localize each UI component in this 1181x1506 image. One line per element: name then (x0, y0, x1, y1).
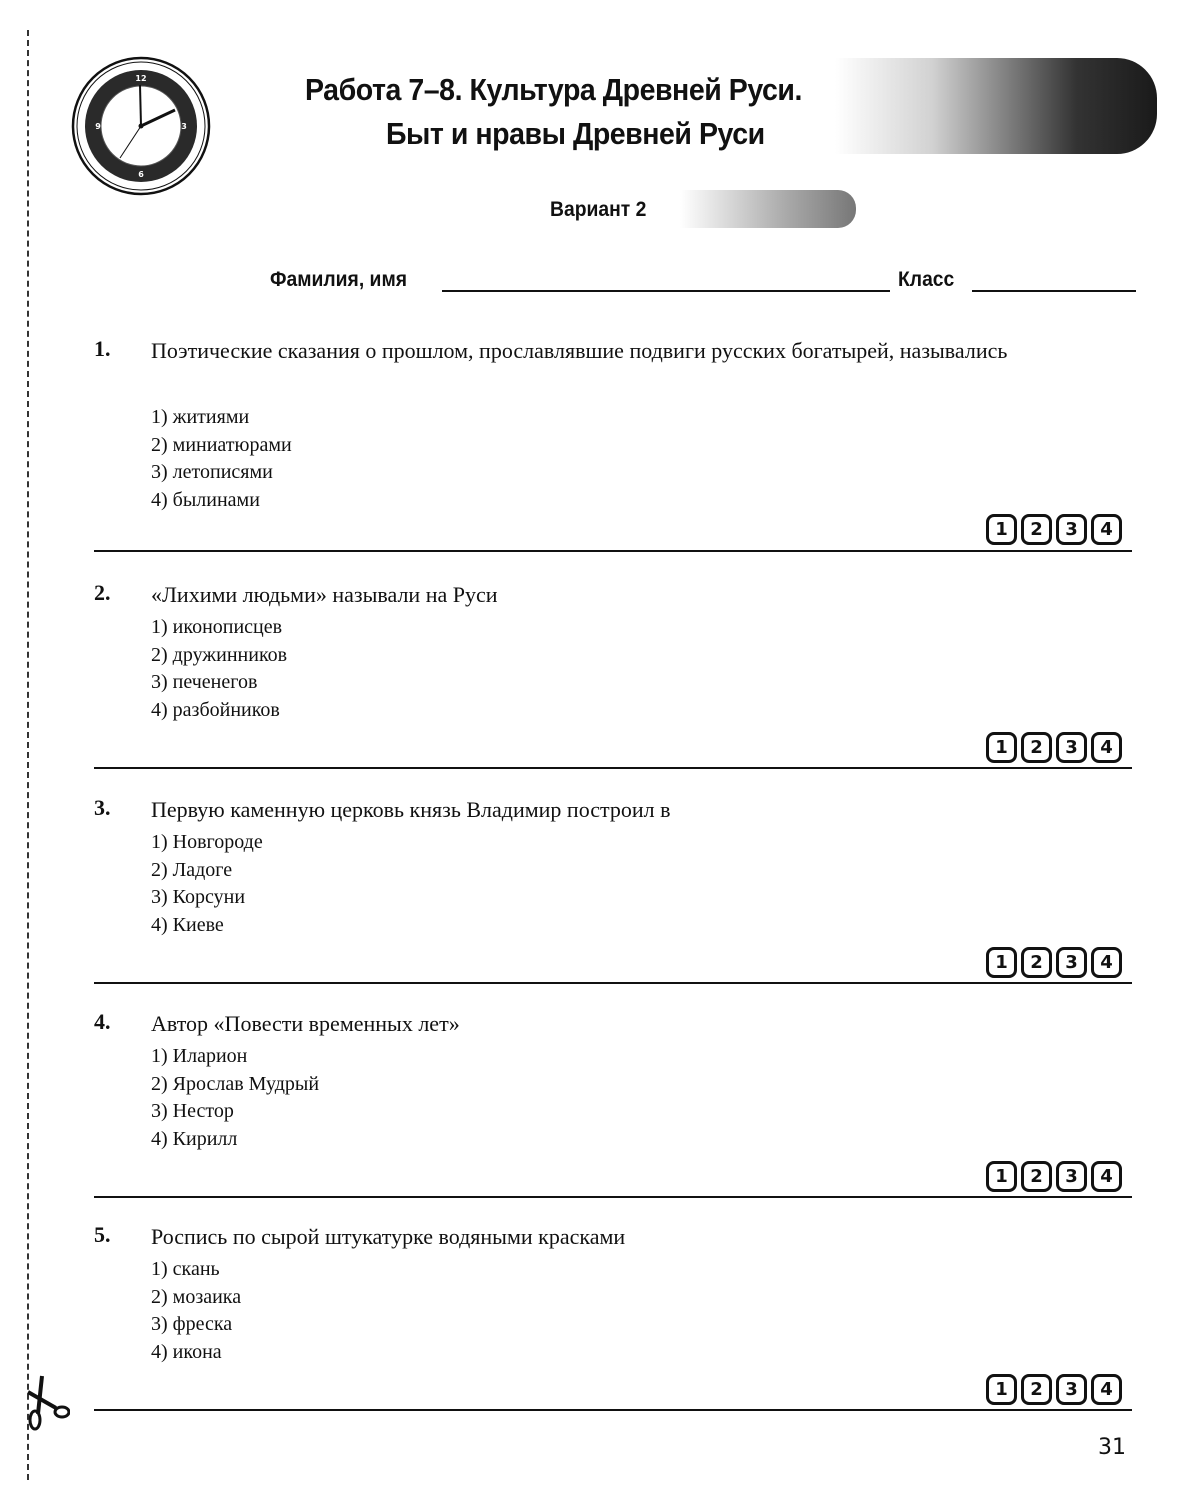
answer-box-4[interactable]: 4 (1091, 1161, 1122, 1192)
clock-icon: 12369 (70, 55, 212, 197)
answer-boxes: 1234 (986, 1161, 1122, 1192)
option-3: 3) печенегов (151, 669, 287, 697)
option-3: 3) Нестор (151, 1098, 319, 1126)
question-number: 5. (94, 1222, 111, 1248)
answer-box-4[interactable]: 4 (1091, 947, 1122, 978)
question-divider (94, 550, 1132, 552)
option-1: 1) Иларион (151, 1043, 319, 1071)
title-line-2: Быт и нравы Древней Руси (305, 112, 875, 156)
answer-box-3[interactable]: 3 (1056, 732, 1087, 763)
answer-box-2[interactable]: 2 (1021, 947, 1052, 978)
option-1: 1) иконописцев (151, 614, 287, 642)
option-list: 1) Иларион2) Ярослав Мудрый3) Нестор4) К… (151, 1043, 319, 1153)
answer-box-1[interactable]: 1 (986, 732, 1017, 763)
question-text: Поэтические сказания о прошлом, прославл… (151, 336, 1136, 366)
option-4: 4) былинами (151, 487, 292, 515)
title-line-1: Работа 7–8. Культура Древней Руси. (305, 68, 875, 112)
answer-box-4[interactable]: 4 (1091, 732, 1122, 763)
question-number: 4. (94, 1009, 111, 1035)
variant-label: Вариант 2 (550, 198, 646, 222)
question-text: «Лихими людьми» называли на Руси (151, 580, 1136, 610)
page-title: Работа 7–8. Культура Древней Руси. Быт и… (305, 68, 875, 156)
question-divider (94, 1196, 1132, 1198)
answer-box-2[interactable]: 2 (1021, 732, 1052, 763)
answer-box-4[interactable]: 4 (1091, 514, 1122, 545)
option-4: 4) разбойников (151, 697, 287, 725)
question-text: Роспись по сырой штукатурке водяными кра… (151, 1222, 1136, 1252)
option-3: 3) фреска (151, 1311, 241, 1339)
answer-box-3[interactable]: 3 (1056, 947, 1087, 978)
option-1: 1) житиями (151, 404, 292, 432)
name-label: Фамилия, имя (270, 268, 407, 292)
answer-box-1[interactable]: 1 (986, 1161, 1017, 1192)
svg-text:12: 12 (135, 74, 146, 83)
cut-line (27, 30, 29, 1480)
answer-box-2[interactable]: 2 (1021, 1161, 1052, 1192)
option-4: 4) икона (151, 1339, 241, 1367)
answer-box-1[interactable]: 1 (986, 1374, 1017, 1405)
option-list: 1) иконописцев2) дружинников3) печенегов… (151, 614, 287, 724)
answer-boxes: 1234 (986, 1374, 1122, 1405)
option-3: 3) Корсуни (151, 884, 263, 912)
option-list: 1) скань2) мозаика3) фреска4) икона (151, 1256, 241, 1366)
question-text: Первую каменную церковь князь Владимир п… (151, 795, 1136, 825)
option-1: 1) скань (151, 1256, 241, 1284)
answer-boxes: 1234 (986, 947, 1122, 978)
answer-box-2[interactable]: 2 (1021, 1374, 1052, 1405)
question-number: 3. (94, 795, 111, 821)
option-2: 2) мозаика (151, 1284, 241, 1312)
svg-text:9: 9 (95, 122, 101, 131)
answer-box-3[interactable]: 3 (1056, 1161, 1087, 1192)
answer-box-1[interactable]: 1 (986, 947, 1017, 978)
name-field[interactable] (442, 290, 890, 292)
page-number: 31 (1098, 1435, 1126, 1460)
answer-box-1[interactable]: 1 (986, 514, 1017, 545)
option-list: 1) житиями2) миниатюрами3) летописями4) … (151, 404, 292, 514)
question-divider (94, 982, 1132, 984)
answer-box-3[interactable]: 3 (1056, 1374, 1087, 1405)
title-decoration (835, 58, 1157, 154)
option-4: 4) Киеве (151, 912, 263, 940)
option-1: 1) Новгороде (151, 829, 263, 857)
option-2: 2) Ярослав Мудрый (151, 1071, 319, 1099)
option-list: 1) Новгороде2) Ладоге3) Корсуни4) Киеве (151, 829, 263, 939)
question-number: 2. (94, 580, 111, 606)
class-field[interactable] (972, 290, 1136, 292)
svg-text:6: 6 (138, 170, 144, 179)
question-number: 1. (94, 336, 111, 362)
variant-decoration (680, 190, 856, 228)
question-text: Автор «Повести временных лет» (151, 1009, 1136, 1039)
option-2: 2) миниатюрами (151, 432, 292, 460)
scissors-icon (26, 1372, 70, 1432)
answer-boxes: 1234 (986, 514, 1122, 545)
student-fields: Фамилия, имя Класс (270, 266, 1136, 296)
class-label: Класс (898, 268, 954, 292)
answer-box-3[interactable]: 3 (1056, 514, 1087, 545)
answer-boxes: 1234 (986, 732, 1122, 763)
question-divider (94, 767, 1132, 769)
question-divider (94, 1409, 1132, 1411)
svg-text:3: 3 (181, 122, 187, 131)
answer-box-2[interactable]: 2 (1021, 514, 1052, 545)
answer-box-4[interactable]: 4 (1091, 1374, 1122, 1405)
option-2: 2) дружинников (151, 642, 287, 670)
option-4: 4) Кирилл (151, 1126, 319, 1154)
option-3: 3) летописями (151, 459, 292, 487)
option-2: 2) Ладоге (151, 857, 263, 885)
